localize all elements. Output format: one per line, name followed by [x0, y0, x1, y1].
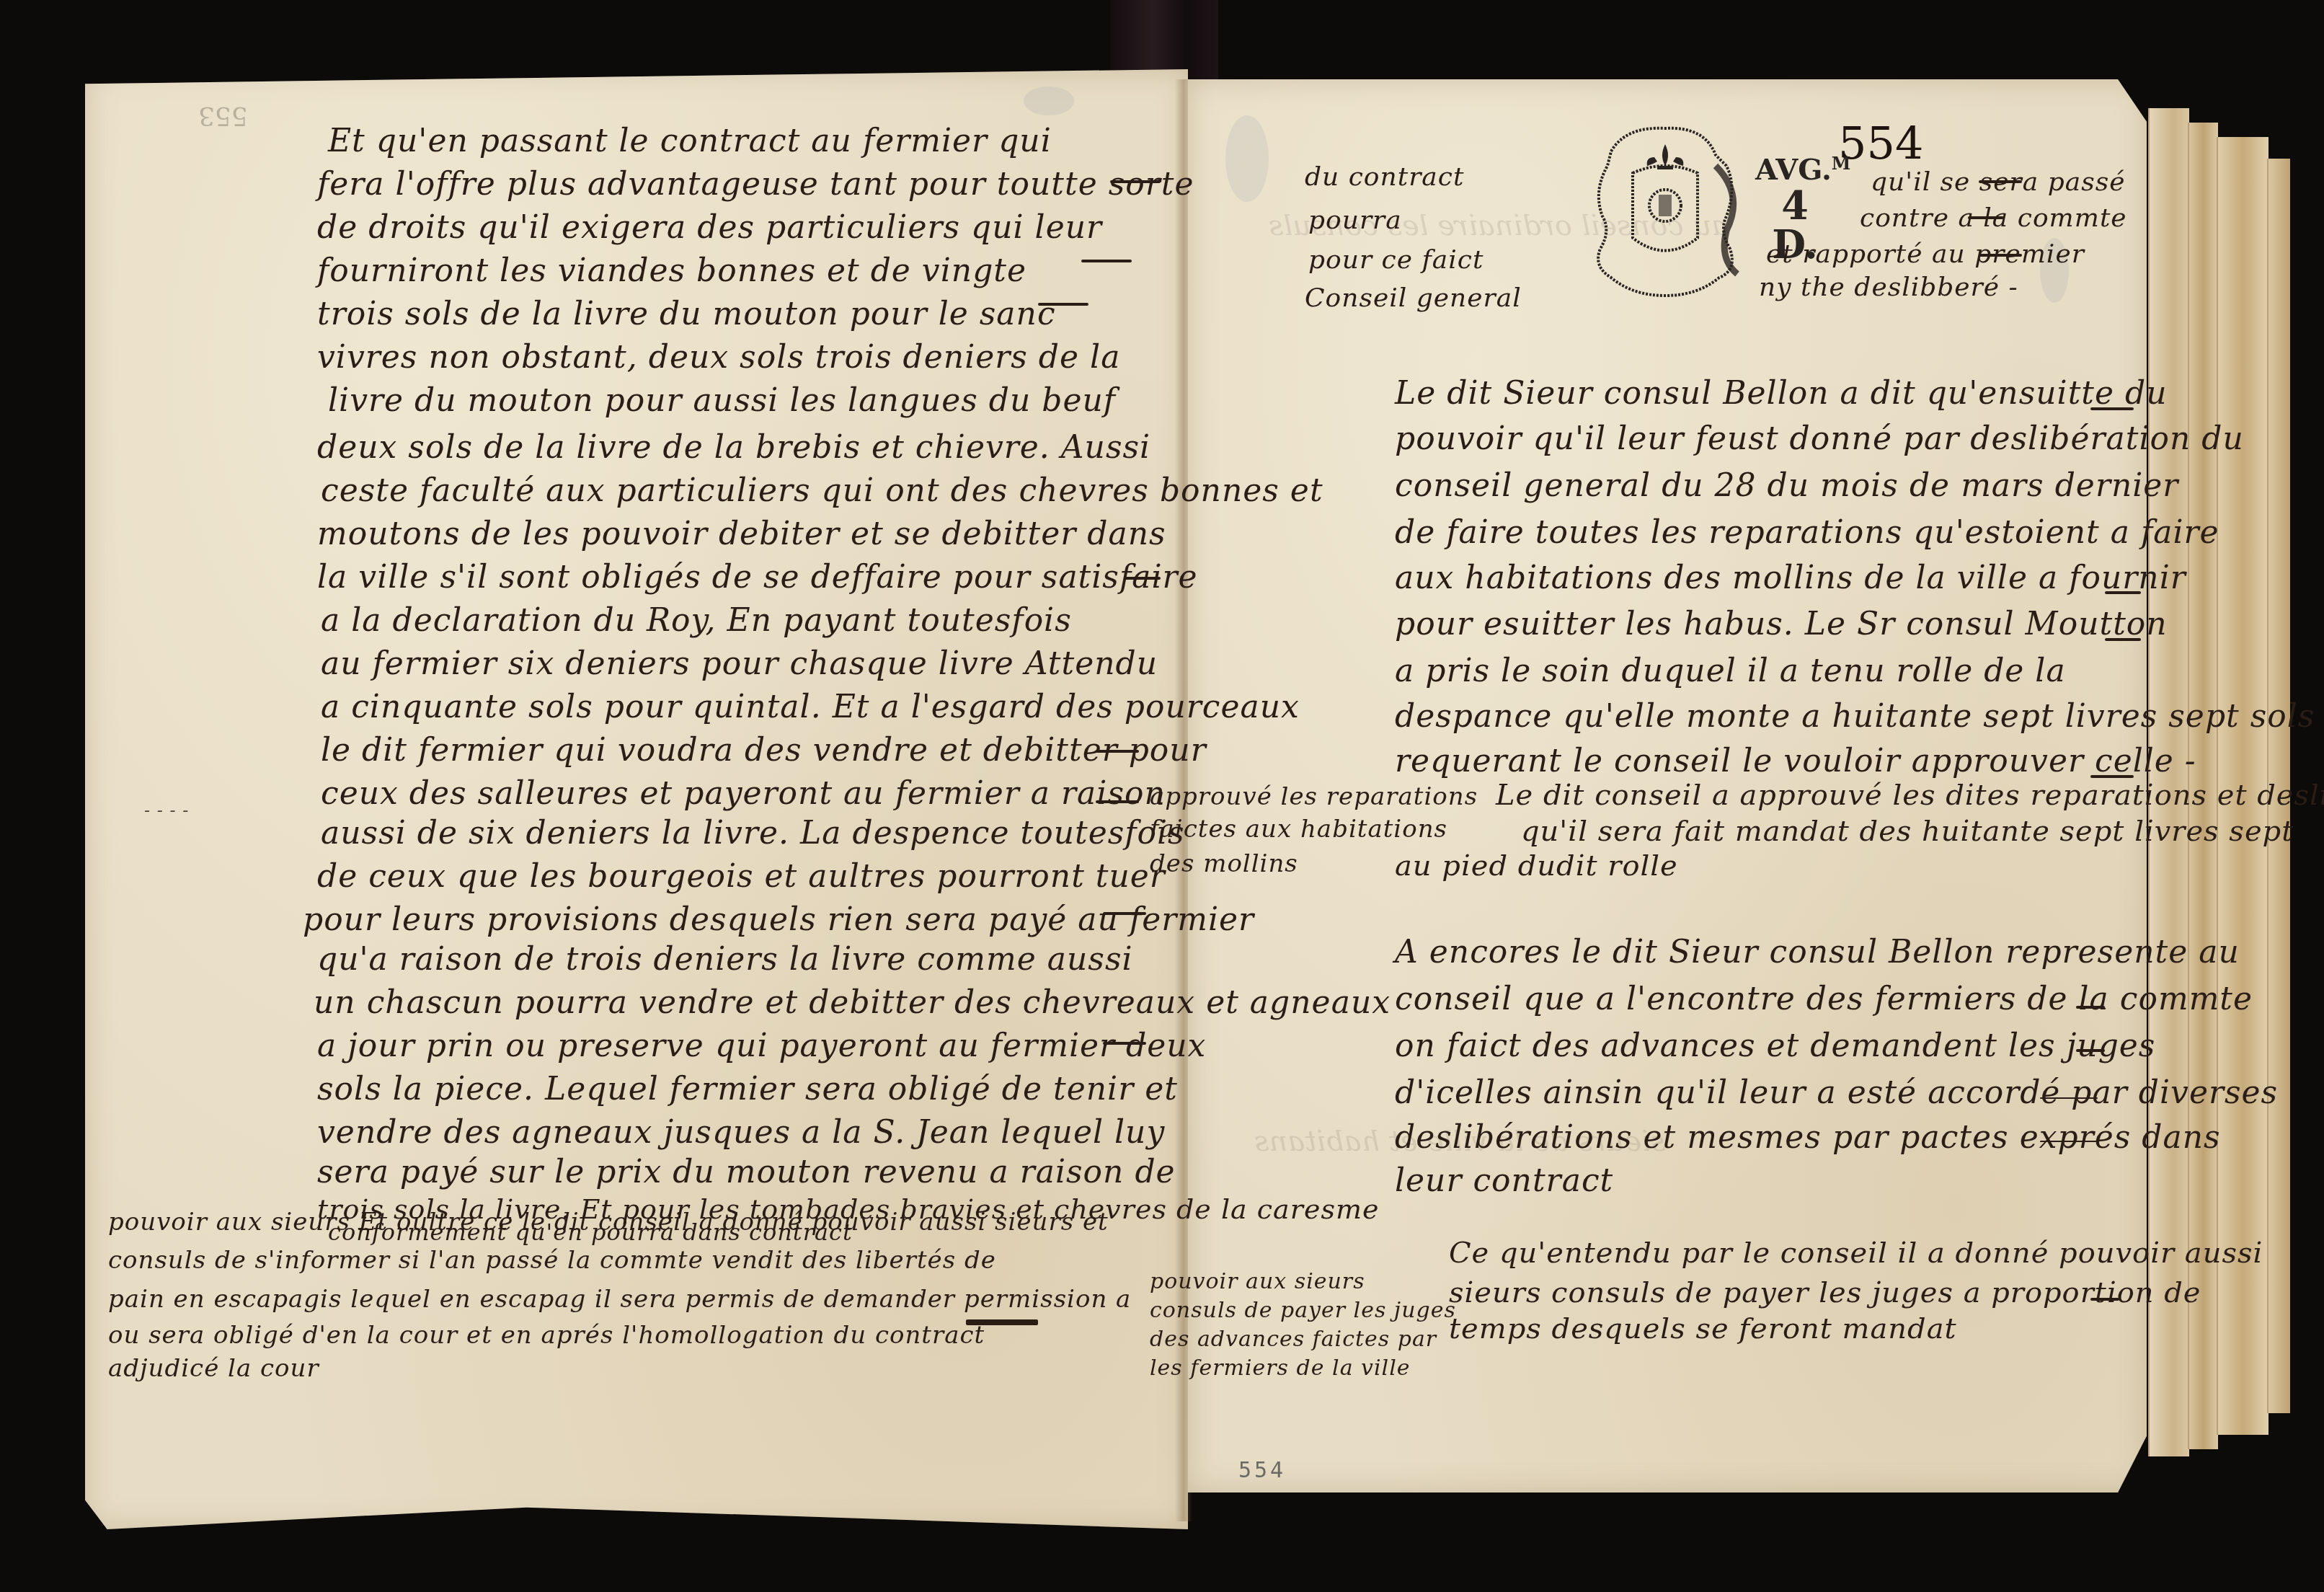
- manuscript-line: la ville s'il sont obligés de se deffair…: [317, 559, 1198, 596]
- header-line: Conseil general: [1305, 283, 1522, 313]
- margin-note-line: pain en escapagis lequel en escapag il s…: [108, 1285, 1131, 1314]
- margin-note-line: pouvoir aux sieurs Et oultre ce le dit c…: [108, 1208, 1109, 1237]
- line-filler-dash: [1979, 254, 2022, 257]
- line-filler-dash: [1979, 180, 2022, 183]
- manuscript-line: sera payé sur le prix du mouton revenu a…: [317, 1154, 1176, 1190]
- header-line: du contract: [1305, 162, 1464, 192]
- manuscript-line: a cinquante sols pour quintal. Et a l'es…: [321, 689, 1300, 725]
- manuscript-line: A encores le dit Sieur consul Bellon rep…: [1395, 934, 2240, 970]
- header-line: et rapporté au premier: [1766, 239, 2085, 269]
- manuscript-line: leur contract: [1395, 1162, 1613, 1199]
- water-stain: [1024, 87, 1074, 115]
- manuscript-line: conseil que a l'encontre des fermiers de…: [1395, 981, 2253, 1017]
- manuscript-line: vivres non obstant, deux sols trois deni…: [317, 339, 1120, 376]
- header-line: pourra: [1308, 205, 1402, 235]
- faded-page-number: 553: [198, 101, 248, 131]
- margin-note-line: adjudicé la cour: [108, 1354, 319, 1383]
- stamp-line-1: AVG.: [1755, 153, 1832, 187]
- margin-mark: - - - -: [144, 800, 189, 821]
- line-filler-dash: [2105, 638, 2141, 641]
- manuscript-line: deslibérations et mesmes par pactes expr…: [1395, 1119, 2221, 1156]
- line-filler-dash: [1968, 216, 2004, 219]
- manuscript-line: fourniront les viandes bonnes et de ving…: [317, 252, 1026, 289]
- manuscript-line: despance qu'elle monte a huitante sept l…: [1395, 698, 2315, 735]
- line-filler-dash: [1081, 260, 1132, 262]
- margin-note-line: consuls de payer les juges: [1150, 1298, 1456, 1323]
- manuscript-line: Le dit conseil a approuvé les dites repa…: [1496, 779, 2324, 812]
- manuscript-line: de faire toutes les reparations qu'estoi…: [1395, 514, 2219, 551]
- manuscript-line: au fermier six deniers pour chasque livr…: [321, 645, 1158, 682]
- line-filler-dash: [2090, 775, 2134, 778]
- margin-note-line: des mollins: [1150, 849, 1298, 878]
- manuscript-line: qu'a raison de trois deniers la livre co…: [317, 941, 1133, 978]
- margin-note-line: les fermiers de la ville: [1150, 1356, 1411, 1381]
- stamp-superscript: M: [1832, 153, 1851, 174]
- line-filler-dash: [2076, 1049, 2105, 1052]
- margin-note-line: consuls de s'informer si l'an passé la c…: [108, 1246, 996, 1275]
- line-filler-dash: [1125, 577, 1161, 580]
- line-filler-dash: [2105, 591, 2141, 594]
- manuscript-line: moutons de les pouvoir debiter et se deb…: [317, 516, 1166, 552]
- margin-note-line: ou sera obligé d'en la cour et en aprés …: [108, 1321, 985, 1350]
- manuscript-line: pouvoir qu'il leur feust donné par desli…: [1395, 420, 2244, 457]
- manuscript-line: Le dit Sieur consul Bellon a dit qu'ensu…: [1395, 375, 2168, 412]
- manuscript-line: un chascun pourra vendre et debitter des…: [314, 984, 1391, 1021]
- manuscript-line: sols la piece. Lequel fermier sera oblig…: [317, 1071, 1178, 1107]
- manuscript-line: trois sols de la livre du mouton pour le…: [317, 296, 1056, 332]
- margin-note-line: des advances faictes par: [1150, 1327, 1437, 1352]
- line-filler-dash: [1103, 1042, 1146, 1045]
- manuscript-line: pour esuitter les habus. Le Sr consul Mo…: [1395, 606, 2168, 642]
- manuscript-line: d'icelles ainsin qu'il leur a esté accor…: [1395, 1074, 2278, 1111]
- manuscript-line: fera l'offre plus advantageuse tant pour…: [317, 166, 1194, 203]
- manuscript-line: pour leurs provisions desquels rien sera…: [303, 901, 1254, 938]
- tax-stamp-icon: [1582, 123, 1748, 303]
- manuscript-line: conseil general du 28 du mois de mars de…: [1395, 467, 2178, 504]
- manuscript-line: de ceux que les bourgeois et aultres pou…: [317, 858, 1166, 895]
- line-filler-dash: [966, 1319, 1038, 1325]
- water-stain: [1225, 115, 1269, 202]
- manuscript-line: livre du mouton pour aussi les langues d…: [328, 382, 1116, 419]
- line-filler-dash: [1096, 800, 1139, 803]
- manuscript-line: a pris le soin duquel il a tenu rolle de…: [1395, 653, 2066, 689]
- pencil-folio-number: 554: [1238, 1458, 1286, 1483]
- manuscript-line: Ce qu'entendu par le conseil il a donné …: [1449, 1237, 2263, 1270]
- manuscript-line: Et qu'en passant le contract au fermier …: [328, 123, 1052, 159]
- line-filler-dash: [1096, 750, 1139, 753]
- manuscript-line: ceste faculté aux particuliers qui ont d…: [321, 472, 1323, 509]
- manuscript-line: ceux des salleures et payeront au fermie…: [321, 775, 1166, 812]
- line-filler-dash: [2040, 1141, 2098, 1142]
- line-filler-dash: [1103, 912, 1146, 915]
- line-filler-dash: [1110, 180, 1161, 183]
- manuscript-line: vendre des agneaux jusques a la S. Jean …: [317, 1114, 1165, 1151]
- folio-number: 554: [1838, 117, 1923, 169]
- manuscript-line: le dit fermier qui voudra des vendre et …: [321, 732, 1207, 769]
- manuscript-line: qu'il sera fait mandat des huitante sept…: [1521, 815, 2294, 848]
- manuscript-line: aux habitations des mollins de la ville …: [1395, 560, 2186, 596]
- manuscript-line: a jour prin ou preserve qui payeront au …: [317, 1027, 1206, 1064]
- header-line: pour ce faict: [1308, 245, 1483, 275]
- line-filler-dash: [2090, 1298, 2119, 1301]
- manuscript-line: temps desquels se feront mandat: [1449, 1312, 1957, 1345]
- manuscript-line: a la declaration du Roy, En payant toute…: [321, 602, 1072, 639]
- line-filler-dash: [2076, 1006, 2105, 1009]
- header-line: ny the deslibberé -: [1759, 273, 2018, 302]
- line-filler-dash: [1038, 303, 1088, 306]
- manuscript-line: aussi de six deniers la livre. La despen…: [321, 815, 1185, 852]
- manuscript-line: de droits qu'il exigera des particuliers…: [317, 209, 1102, 246]
- manuscript-line: on faict des advances et demandent les j…: [1395, 1027, 2155, 1064]
- margin-note-line: faictes aux habitations: [1150, 815, 1447, 844]
- manuscript-line: requerant le conseil le vouloir approuve…: [1395, 743, 2196, 779]
- manuscript-line: au pied dudit rolle: [1395, 849, 1678, 883]
- margin-note-line: pouvoir aux sieurs: [1150, 1269, 1365, 1294]
- manuscript-line: deux sols de la livre de la brebis et ch…: [317, 429, 1150, 466]
- margin-note-line: approuvé les reparations: [1150, 782, 1478, 811]
- line-filler-dash: [2040, 1097, 2098, 1099]
- manuscript-line: sieurs consuls de payer les juges a prop…: [1449, 1276, 2201, 1309]
- line-filler-dash: [2090, 407, 2134, 410]
